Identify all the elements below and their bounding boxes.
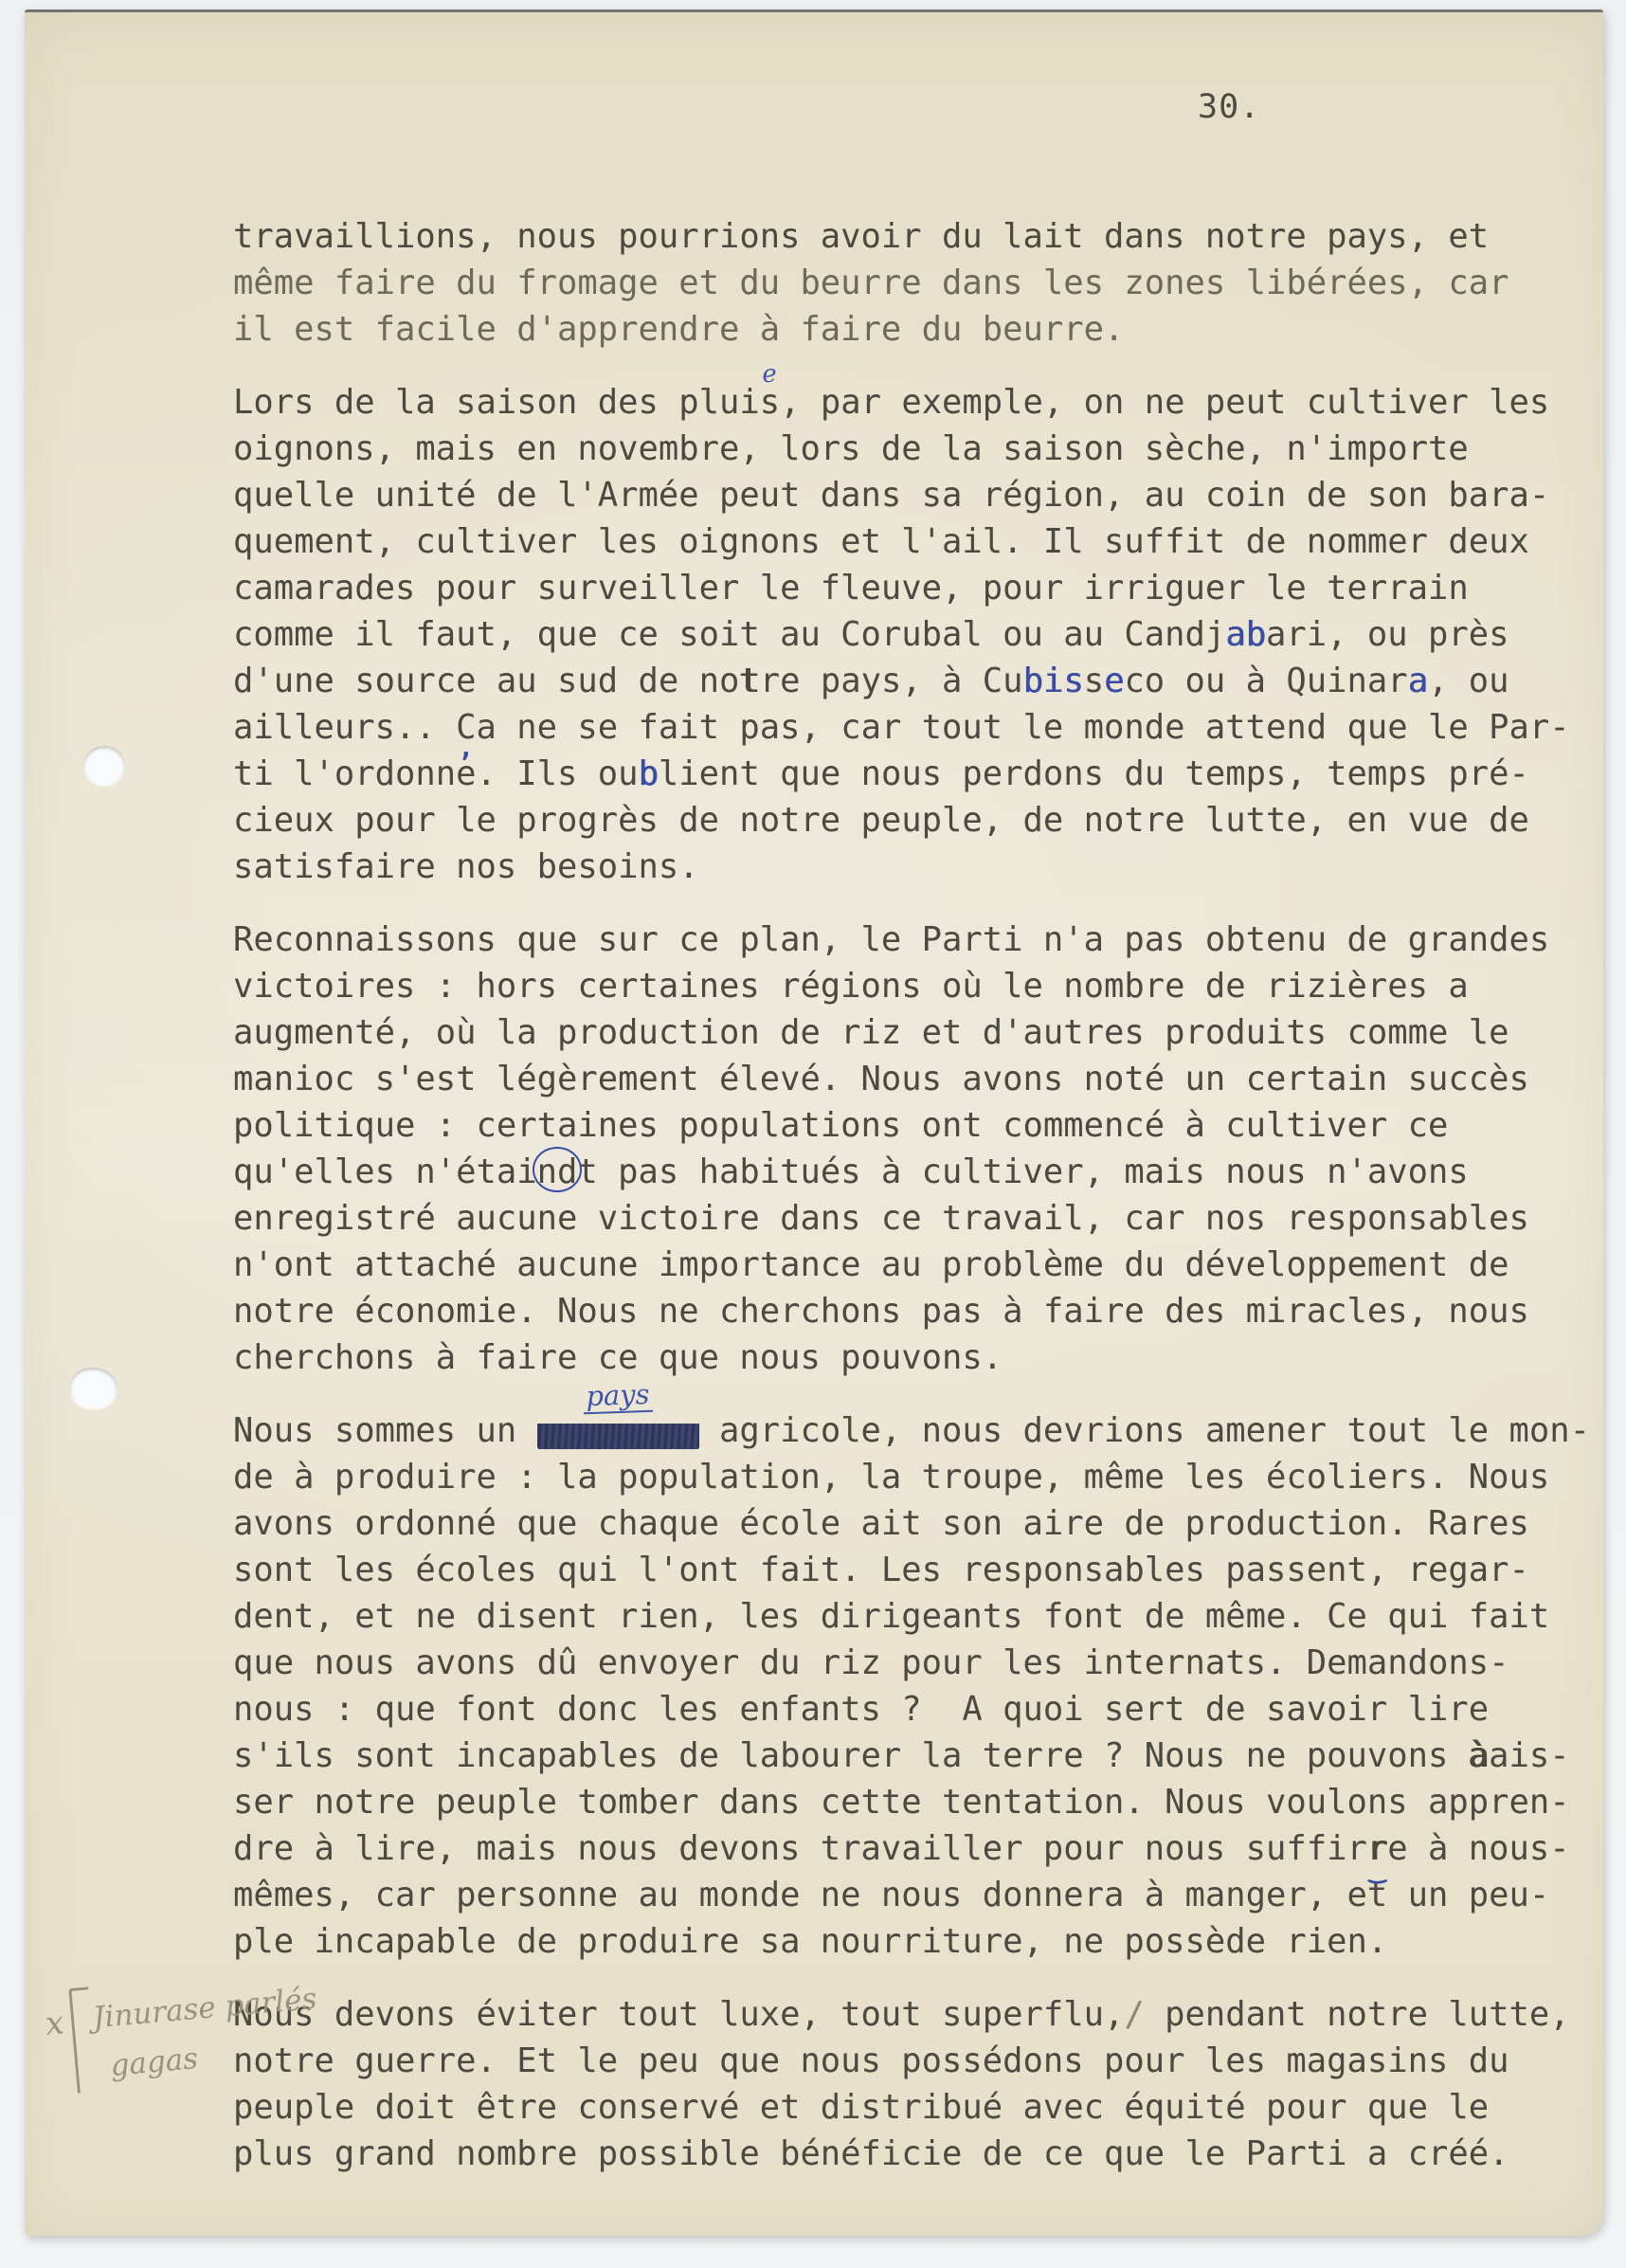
text-run: dre à lire, mais nous devons travailler … [233, 1829, 1367, 1868]
typewritten-line: cherchons à faire ce que nous pouvons. [233, 1334, 1590, 1381]
correction-run: nd [537, 1152, 578, 1191]
text-run: cherchons à faire ce que nous pouvons. [233, 1338, 1003, 1377]
text-run: C, [456, 708, 476, 747]
paragraph: travaillions, nous pourrions avoir du la… [233, 213, 1590, 353]
text-run: , ou [1428, 662, 1509, 700]
typewritten-line: notre économie. Nous ne cherchons pas à … [233, 1288, 1590, 1334]
text-run: politique : certaines populations ont co… [233, 1106, 1448, 1145]
text-run: Lors de la saison des plui [233, 383, 760, 422]
handwritten-mark-under: ‿ [1369, 1856, 1385, 1882]
text-block: travaillions, nous pourrions avoir du la… [233, 213, 1590, 2204]
text-run: Nous devons éviter tout luxe, tout super… [233, 1995, 1124, 2034]
text-run: ser notre peuple tomber dans cette tenta… [233, 1783, 1570, 1822]
typewritten-line: avons ordonné que chaque école ait son a… [233, 1500, 1590, 1547]
text-run: manioc s'est légèrement élevé. Nous avon… [233, 1060, 1529, 1098]
paper-sheet: 30. travaillions, nous pourrions avoir d… [25, 9, 1603, 2236]
text-run: comme il faut, que ce soit au Corubal ou… [233, 615, 1225, 654]
text-run: camarades pour surveiller le fleuve, pou… [233, 569, 1469, 608]
text-run: ailleurs.. [233, 708, 456, 747]
text-run: notre guerre. Et le peu que nous possédo… [233, 2041, 1509, 2080]
correction-run: à [1469, 1736, 1489, 1775]
correction-run: a [1408, 662, 1428, 700]
typewritten-line: ailleurs.. C,a ne se fait pas, car tout … [233, 704, 1590, 751]
margin-note-text: Jinurase parlés gagas [91, 1974, 323, 2092]
typewritten-line: oignons, mais en novembre, lors de la sa… [233, 426, 1590, 472]
paragraph: Nous devons éviter tout luxe, tout super… [233, 1991, 1590, 2177]
typewritten-line: Nous sommes un pays agricole, nous devri… [233, 1407, 1590, 1454]
typewritten-line: Nous devons éviter tout luxe, tout super… [233, 1991, 1590, 2038]
typewritten-line: qu'elles n'étaindt pas habitués à cultiv… [233, 1149, 1590, 1195]
text-run: ais- [1489, 1736, 1570, 1775]
text-run: travaillions, nous pourrions avoir du la… [233, 217, 1489, 256]
correction-run: r‿ [1367, 1829, 1387, 1868]
margin-note-x-mark: x [44, 2004, 65, 2043]
text-run: se [760, 383, 780, 422]
typewritten-line: notre guerre. Et le peu que nous possédo… [233, 2038, 1590, 2084]
text-run: cieux pour le progrès de notre peuple, d… [233, 801, 1529, 840]
typewritten-line: camarades pour surveiller le fleuve, pou… [233, 565, 1590, 611]
typewritten-line: enregistré aucune victoire dans ce trava… [233, 1195, 1590, 1242]
text-run: quement, cultiver les oignons et l'ail. … [233, 522, 1529, 561]
typewritten-line: d'une source au sud de notre pays, à Cub… [233, 658, 1590, 704]
typewritten-line: quelle unité de l'Armée peut dans sa rég… [233, 472, 1590, 518]
typewritten-line: ple incapable de produire sa nourriture,… [233, 1918, 1590, 1965]
text-run: avons ordonné que chaque école ait son a… [233, 1504, 1529, 1543]
text-run: e à nous- [1387, 1829, 1569, 1868]
text-run: oignons, mais en novembre, lors de la sa… [233, 429, 1469, 468]
correction-run: ab [1225, 615, 1266, 654]
text-run: d'une source au sud de no [233, 662, 739, 700]
typewritten-line: Lors de la saison des pluise, par exempl… [233, 379, 1590, 426]
text-run: s [1084, 662, 1104, 700]
typewritten-line: que nous avons dû envoyer du riz pour le… [233, 1640, 1590, 1686]
typewritten-line: peuple doit être conservé et distribué a… [233, 2084, 1590, 2131]
text-run: n'ont attaché aucune importance au probl… [233, 1245, 1509, 1284]
text-run: t pas habitués à cultiver, mais nous n'a… [577, 1152, 1468, 1191]
text-run: dent, et ne disent rien, les dirigeants … [233, 1597, 1549, 1636]
correction-run: pays [537, 1411, 699, 1450]
text-run: même faire du fromage et du beurre dans … [233, 263, 1509, 302]
text-run: ti l'ordonne. Ils ou [233, 754, 638, 793]
typewritten-line: satisfaire nos besoins. [233, 844, 1590, 890]
punch-hole-top [83, 746, 125, 786]
typewritten-line: dre à lire, mais nous devons travailler … [233, 1825, 1590, 1872]
typewritten-line: s'ils sont incapables de labourer la ter… [233, 1733, 1590, 1779]
text-run: que nous avons dû envoyer du riz pour le… [233, 1643, 1509, 1682]
typewritten-line: augmenté, où la production de riz et d'a… [233, 1009, 1590, 1056]
text-run: qu'elles n'étai [233, 1152, 537, 1191]
text-run: notre économie. Nous ne cherchons pas à … [233, 1292, 1529, 1331]
text-run: lient que nous perdons du temps, temps p… [659, 754, 1529, 793]
margin-note: x Jinurase parlés gagas [45, 1982, 319, 2093]
text-run: sont les écoles qui l'ont fait. Les resp… [233, 1551, 1529, 1589]
text-run: Nous sommes un [233, 1411, 537, 1450]
typewritten-line: comme il faut, que ce soit au Corubal ou… [233, 611, 1590, 658]
correction-run: e [1104, 662, 1124, 700]
text-run: co ou à Quinar [1124, 662, 1407, 700]
typewritten-line: plus grand nombre possible bénéficie de … [233, 2131, 1590, 2177]
text-run: ari, ou près [1266, 615, 1509, 654]
correction-run: b [638, 754, 658, 793]
paragraph: Lors de la saison des pluise, par exempl… [233, 379, 1590, 890]
text-run: ple incapable de produire sa nourriture,… [233, 1922, 1387, 1961]
text-run: satisfaire nos besoins. [233, 847, 699, 886]
typewritten-line: ti l'ordonne. Ils oublient que nous perd… [233, 751, 1590, 797]
typewritten-line: cieux pour le progrès de notre peuple, d… [233, 797, 1590, 844]
margin-note-line2: gagas [109, 2041, 199, 2083]
correction-run: bis [1023, 662, 1084, 700]
text-run: s'ils sont incapables de labourer la ter… [233, 1736, 1469, 1775]
text-run: il est facile d'apprendre à faire du beu… [233, 310, 1124, 349]
margin-note-line1: Jinurase parlés [92, 1982, 318, 2036]
paragraph: Nous sommes un pays agricole, nous devri… [233, 1407, 1590, 1965]
correction-run: / [1124, 1995, 1144, 2034]
text-run: peuple doit être conservé et distribué a… [233, 2088, 1489, 2127]
typewritten-line: travaillions, nous pourrions avoir du la… [233, 213, 1590, 260]
typewritten-line: mêmes, car personne au monde ne nous don… [233, 1872, 1590, 1918]
typewritten-line: Reconnaissons que sur ce plan, le Parti … [233, 916, 1590, 963]
text-run: enregistré aucune victoire dans ce trava… [233, 1199, 1529, 1238]
text-run: agricole, nous devrions amener tout le m… [699, 1411, 1590, 1450]
text-run: de à produire : la population, la troupe… [233, 1458, 1549, 1497]
paragraph: Reconnaissons que sur ce plan, le Parti … [233, 916, 1590, 1381]
typewritten-line: nous : que font donc les enfants ? A quo… [233, 1686, 1590, 1733]
typewritten-line: politique : certaines populations ont co… [233, 1102, 1590, 1149]
text-run: quelle unité de l'Armée peut dans sa rég… [233, 476, 1549, 515]
typewritten-line: quement, cultiver les oignons et l'ail. … [233, 518, 1590, 565]
typewritten-line: ser notre peuple tomber dans cette tenta… [233, 1779, 1590, 1825]
typewritten-line: même faire du fromage et du beurre dans … [233, 260, 1590, 306]
handwritten-insertion: e [762, 362, 778, 388]
text-run: plus grand nombre possible bénéficie de … [233, 2134, 1509, 2173]
text-run: nous : que font donc les enfants ? A quo… [233, 1690, 1489, 1729]
typewritten-line: manioc s'est légèrement élevé. Nous avon… [233, 1056, 1590, 1102]
typewritten-line: victoires : hors certaines régions où le… [233, 963, 1590, 1009]
text-run: a ne se fait pas, car tout le monde atte… [476, 708, 1569, 747]
text-run: Reconnaissons que sur ce plan, le Parti … [233, 920, 1549, 959]
text-run: augmenté, où la production de riz et d'a… [233, 1013, 1509, 1052]
text-run: pendant notre lutte, [1145, 1995, 1570, 2034]
typewritten-line: il est facile d'apprendre à faire du beu… [233, 306, 1590, 353]
punch-hole-bottom [70, 1368, 117, 1409]
typewritten-line: de à produire : la population, la troupe… [233, 1454, 1590, 1500]
text-run: , par exemple, on ne peut cultiver les [780, 383, 1549, 422]
typewritten-line: sont les écoles qui l'ont fait. Les resp… [233, 1547, 1590, 1593]
text-run: victoires : hors certaines régions où le… [233, 967, 1469, 1006]
text-run: mêmes, car personne au monde ne nous don… [233, 1876, 1549, 1914]
handwritten-insertion: pays [583, 1381, 653, 1415]
typewritten-line: n'ont attaché aucune importance au probl… [233, 1242, 1590, 1288]
page-number: 30. [1198, 88, 1260, 126]
scanned-document-page: 30. travaillions, nous pourrions avoir d… [0, 0, 1626, 2268]
handwritten-mark-under: , [458, 735, 474, 761]
typewritten-line: dent, et ne disent rien, les dirigeants … [233, 1593, 1590, 1640]
text-run: re pays, à Cu [760, 662, 1023, 700]
correction-run: t [739, 662, 759, 700]
